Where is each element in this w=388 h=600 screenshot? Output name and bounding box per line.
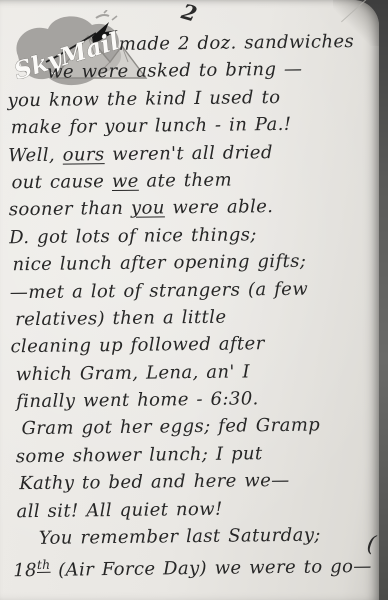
line-segment: (Air Force Day) we were to go— <box>50 556 371 581</box>
line-segment: Well, <box>8 144 63 166</box>
line-segment: ate them <box>139 170 232 192</box>
underlined-word: ours <box>63 144 105 166</box>
line-segment: out cause <box>11 171 112 193</box>
page-number: 2 <box>179 0 200 27</box>
letter-paper: SkyMail 2 made 2 doz. sandwiches we were… <box>0 0 379 600</box>
line-segment: 18 <box>13 560 37 581</box>
line-segment: weren't all dried <box>104 142 273 165</box>
corner-crease-line <box>341 0 367 22</box>
letter-line: 18th (Air Force Day) we were to go— <box>13 548 385 580</box>
superscript-th: th <box>37 558 51 572</box>
line-segment: were able. <box>165 196 274 218</box>
letter-line: made 2 doz. sandwiches <box>119 28 379 59</box>
underlined-word: we <box>112 171 139 192</box>
line-segment: sooner than <box>9 198 131 220</box>
letter-line: we were asked to bring — <box>47 55 379 86</box>
underlined-word: you <box>131 198 165 219</box>
letter-body: made 2 doz. sandwiches we were asked to … <box>7 28 386 580</box>
letter-line: Gram got her eggs; fed Gramp <box>21 411 383 443</box>
letter-line: You remember last Saturday; <box>39 521 385 553</box>
